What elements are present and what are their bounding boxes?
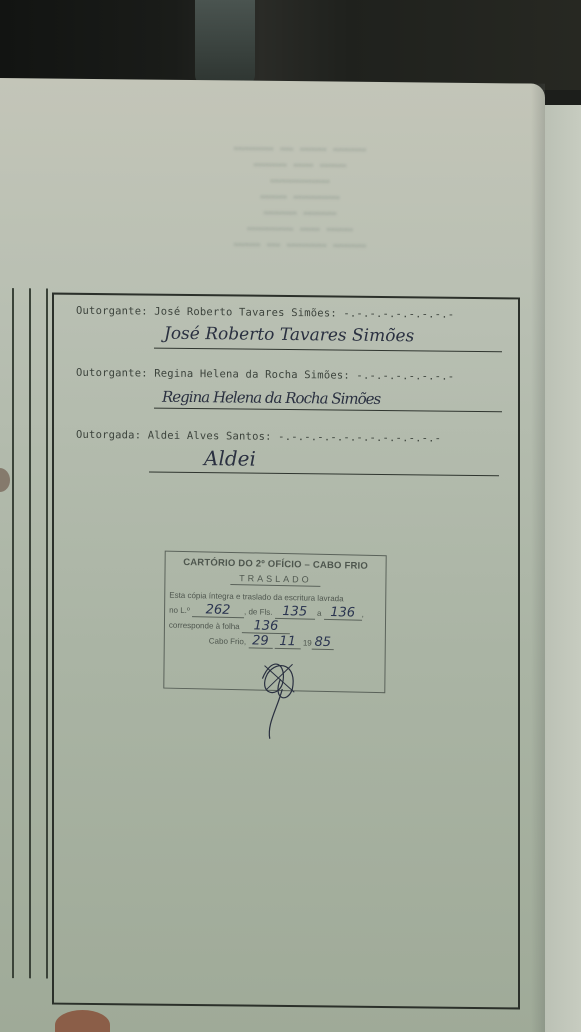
- corresponds-label: corresponde à folha: [169, 621, 240, 631]
- party-3-signature: Aldei: [204, 446, 256, 471]
- year-prefix: 19: [303, 638, 312, 647]
- folha-number: 136: [242, 620, 290, 634]
- page-to: 136: [324, 607, 362, 621]
- date-day: 29: [248, 635, 272, 649]
- signature-line: [154, 408, 502, 413]
- background-object: [195, 0, 255, 85]
- signature-frame: Outorgante: José Roberto Tavares Simões:…: [52, 293, 520, 1010]
- signature-line: [154, 348, 502, 353]
- punch-hole: [0, 468, 10, 492]
- stamp-body: Esta cópia íntegra e traslado da escritu…: [165, 588, 386, 653]
- background-dark-surface: [0, 0, 581, 90]
- party-2-typed-line: Outorgante: Regina Helena da Rocha Simõe…: [76, 367, 454, 383]
- book-number: 262: [192, 604, 244, 618]
- notary-signature-scribble: [252, 653, 313, 744]
- party-3-typed-line: Outorgada: Aldei Alves Santos: -.-.-.-.-…: [76, 429, 441, 445]
- pages-suffix: ,: [362, 610, 364, 619]
- document-page: ▬▬▬▬▬▬ ▬▬ ▬▬▬▬ ▬▬▬▬▬▬▬▬▬▬ ▬▬▬ ▬▬▬▬▬▬▬▬▬▬…: [0, 78, 545, 1032]
- bleed-through-text: ▬▬▬▬▬▬ ▬▬ ▬▬▬▬ ▬▬▬▬▬▬▬▬▬▬ ▬▬▬ ▬▬▬▬▬▬▬▬▬▬…: [120, 139, 480, 293]
- stamp-line-4: Cabo Frio, 29 11 1985: [169, 633, 385, 653]
- party-2-signature: Regina Helena da Rocha Simões: [162, 388, 380, 408]
- stamp-title: CARTÓRIO DO 2º OFÍCIO – CABO FRIO: [166, 557, 386, 573]
- place-label: Cabo Frio,: [209, 636, 246, 646]
- date-month: 11: [275, 636, 301, 650]
- party-1-typed-line: Outorgante: José Roberto Tavares Simões:…: [76, 305, 454, 321]
- page-edge-shadow: [531, 84, 545, 1032]
- party-1-signature: José Roberto Tavares Simões: [164, 324, 414, 347]
- pages-prefix: , de Fls.: [244, 607, 273, 617]
- signature-line: [149, 472, 499, 477]
- book-prefix: no L.º: [169, 606, 190, 615]
- margin-rule: [12, 288, 14, 978]
- year-suffix: 85: [312, 637, 334, 650]
- margin-rule: [46, 288, 48, 978]
- notary-stamp: CARTÓRIO DO 2º OFÍCIO – CABO FRIO TRASLA…: [163, 551, 386, 694]
- finger: [55, 1010, 110, 1032]
- page-from: 135: [275, 606, 315, 620]
- page-separator: a: [317, 609, 322, 618]
- margin-rule: [29, 288, 31, 978]
